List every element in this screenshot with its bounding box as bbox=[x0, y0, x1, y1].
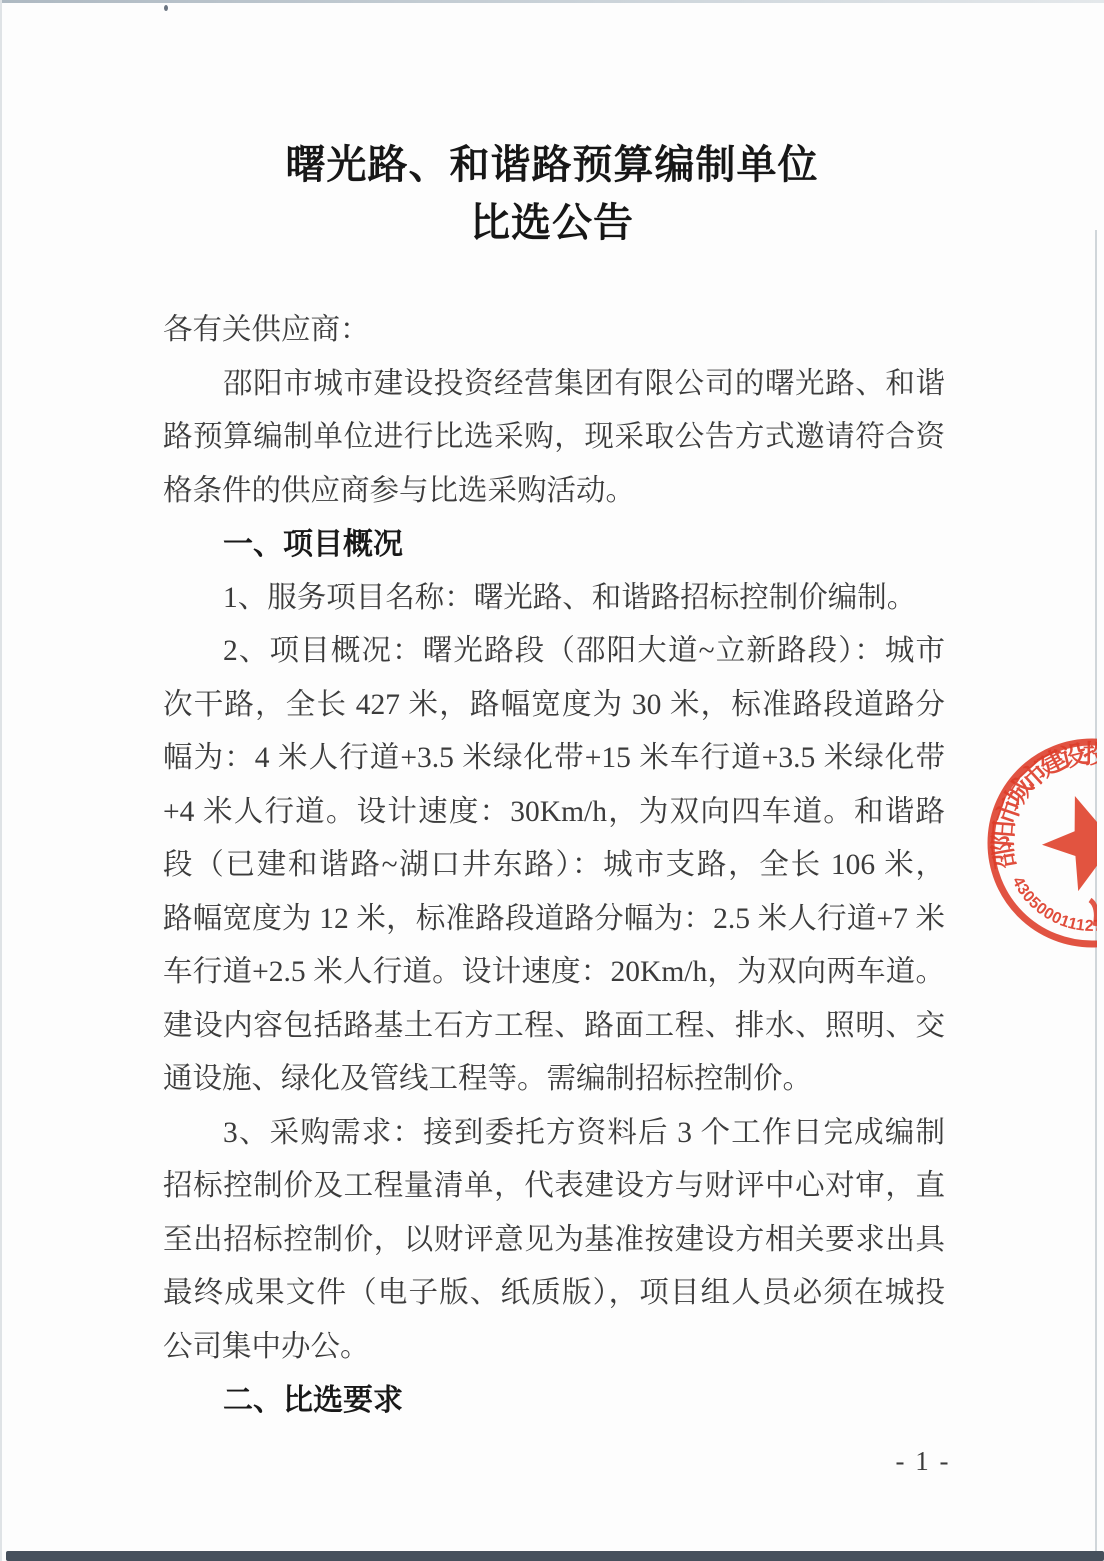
text-line: 通设施、绿化及管线工程等。需编制招标控制价。 bbox=[163, 1053, 945, 1107]
scan-speck bbox=[164, 5, 168, 11]
text-line: 格条件的供应商参与比选采购活动。 bbox=[163, 465, 945, 519]
text-line: 车行道+2.5 米人行道。设计速度：20Km/h，为双向两车道。 bbox=[163, 946, 945, 1000]
document-title-line2: 比选公告 bbox=[0, 194, 1104, 252]
document-title: 曙光路、和谐路预算编制单位 比选公告 bbox=[0, 136, 1104, 252]
section-heading-2: 二、比选要求 bbox=[163, 1374, 945, 1428]
text-line: 建设内容包括路基土石方工程、路面工程、排水、照明、交 bbox=[163, 1000, 945, 1054]
scan-edge-bottom bbox=[6, 1551, 1104, 1561]
scan-edge-top bbox=[0, 0, 1104, 3]
text-line: 幅为：4 米人行道+3.5 米绿化带+15 米车行道+3.5 米绿化带 bbox=[163, 732, 945, 786]
text-line: 1、服务项目名称：曙光路、和谐路招标控制价编制。 bbox=[163, 572, 945, 626]
text-line: 公司集中办公。 bbox=[163, 1321, 945, 1375]
text-line: 至出招标控制价，以财评意见为基准按建设方相关要求出具 bbox=[163, 1214, 945, 1268]
text-line: +4 米人行道。设计速度：30Km/h，为双向四车道。和谐路 bbox=[163, 786, 945, 840]
salutation-line: 各有关供应商： bbox=[163, 304, 945, 358]
text-line: 路预算编制单位进行比选采购，现采取公告方式邀请符合资 bbox=[163, 411, 945, 465]
page-number: - 1 - bbox=[878, 1446, 968, 1477]
text-line: 邵阳市城市建设投资经营集团有限公司的曙光路、和谐 bbox=[163, 358, 945, 412]
document-body: 各有关供应商： 邵阳市城市建设投资经营集团有限公司的曙光路、和谐 路预算编制单位… bbox=[163, 304, 945, 1428]
text-line: 路幅宽度为 12 米，标准路段道路分幅为：2.5 米人行道+7 米 bbox=[163, 893, 945, 947]
document-title-line1: 曙光路、和谐路预算编制单位 bbox=[0, 136, 1104, 194]
scanned-document-page: 曙光路、和谐路预算编制单位 比选公告 各有关供应商： 邵阳市城市建设投资经营集团… bbox=[0, 0, 1104, 1561]
text-line: 次干路，全长 427 米，路幅宽度为 30 米，标准路段道路分 bbox=[163, 679, 945, 733]
seal-graphic: 邵阳市城市建设投资经营集团有限公司 4305000111278 bbox=[950, 690, 1097, 1030]
text-line: 3、采购需求：接到委托方资料后 3 个工作日完成编制 bbox=[163, 1107, 945, 1161]
text-line: 最终成果文件（电子版、纸质版），项目组人员必须在城投 bbox=[163, 1267, 945, 1321]
text-line: 2、项目概况：曙光路段（邵阳大道~立新路段）：城市 bbox=[163, 625, 945, 679]
section-heading-1: 一、项目概况 bbox=[163, 518, 945, 572]
text-line: 招标控制价及工程量清单，代表建设方与财评中心对审，直 bbox=[163, 1160, 945, 1214]
text-line: 段（已建和谐路~湖口井东路）：城市支路，全长 106 米， bbox=[163, 839, 945, 893]
official-seal-stamp: 邵阳市城市建设投资经营集团有限公司 4305000111278 bbox=[950, 690, 1097, 1030]
seal-star-icon bbox=[1030, 780, 1097, 898]
